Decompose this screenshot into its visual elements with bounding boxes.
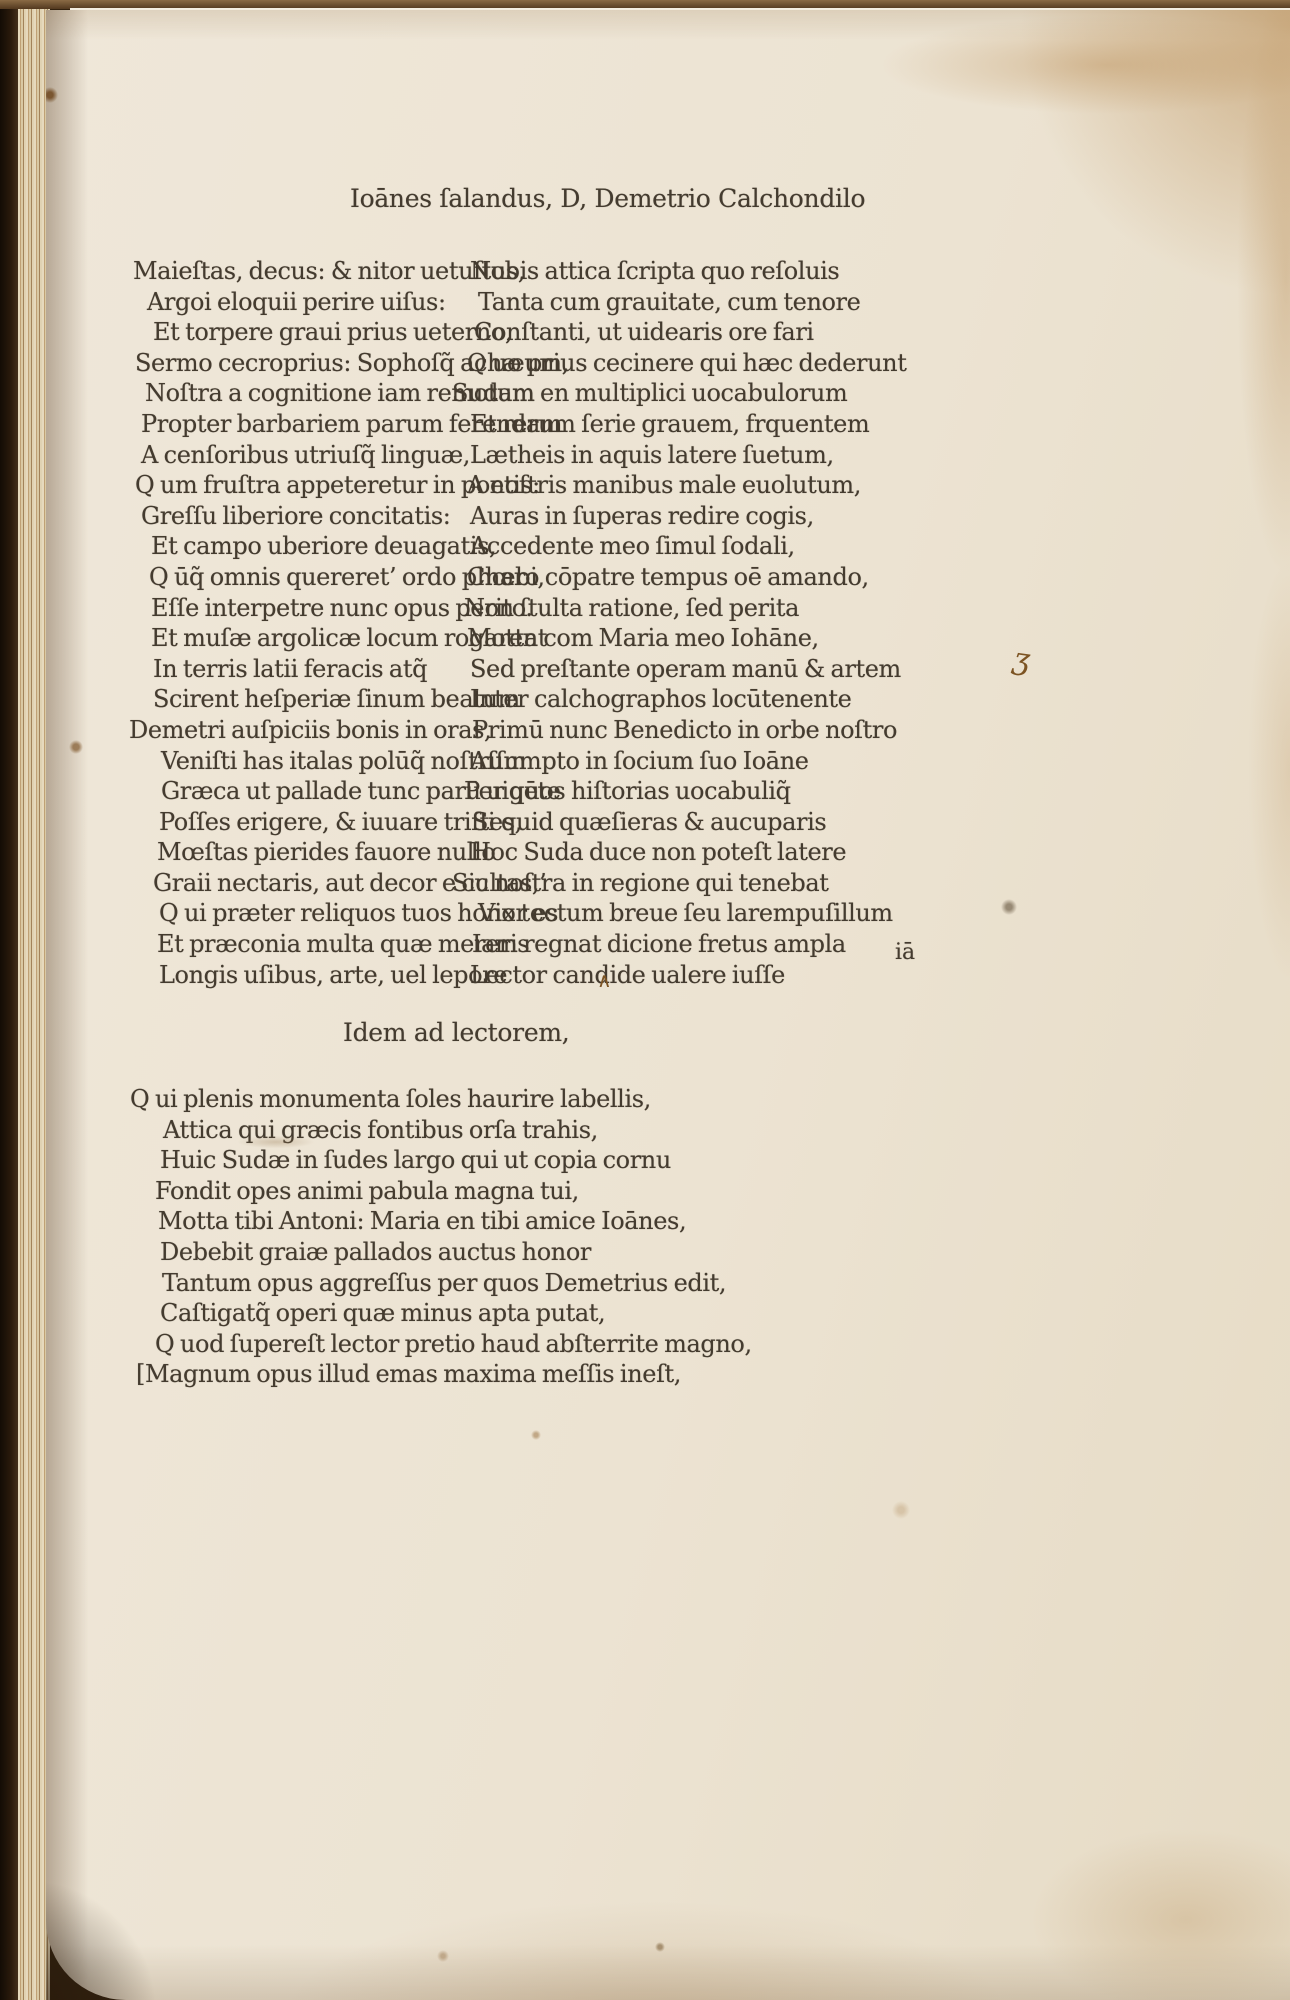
second-poem-title: Idem ad lectorem, (343, 1018, 569, 1047)
verse-line: Si quid quæſieras & aucuparis (472, 807, 906, 838)
verse-line: Sic noſtra in regione qui tenebat (452, 868, 906, 899)
dedication-title: Ioānes ſalandus, D, Demetrio Calchondilo (350, 184, 865, 213)
verse-line: Lector candide ualere iuſſe (470, 960, 906, 991)
verse-line: Hoc Suda duce non poteſt latere (470, 837, 906, 868)
verse-line: Non ſtulta ratione, ſed perita (464, 593, 906, 624)
verse-line: Conſtanti, ut uidearis ore fari (474, 317, 906, 348)
verse-line: Charo cōpatre tempus oē amando, (467, 562, 906, 593)
verse-line: Motta com Maria meo Iohāne, (467, 623, 906, 654)
verse-line: Iam regnat dicione fretus ampla (472, 929, 906, 960)
verse-line: Inter calchographos locūtenente (470, 684, 906, 715)
verse-line: Huic Sudæ in ſudes largo qui ut copia co… (160, 1145, 752, 1176)
inline-annotation-mark: iā (895, 940, 915, 965)
margin-ink-mark: ʒ (1011, 641, 1033, 678)
verse-line: Motta tibi Antoni: Maria en tibi amice I… (158, 1206, 752, 1237)
bottom-left-corner-shadow (46, 1850, 206, 2000)
verse-line: Nobis attica ſcripta quo reſoluis (470, 256, 906, 287)
verse-line: Aſſumpto in ſocium ſuo Ioāne (470, 746, 906, 777)
book-spine (0, 0, 20, 2000)
verse-line: Caſtigatq̃ operi quæ minus apta putat, (160, 1298, 752, 1329)
verse-line: Auras in ſuperas redire cogis, (470, 501, 906, 532)
caret-mark: ∧ (597, 968, 612, 992)
verse-line: Primū nunc Benedicto in orbe noſtro (472, 715, 906, 746)
verse-line: Vix tectum breue ſeu larempuſillum (478, 898, 906, 929)
verse-line: Tanta cum grauitate, cum tenore (478, 287, 906, 318)
verse-line: Q uo prius cecinere qui hæc dederunt (467, 348, 906, 379)
verse-line: Et rerum ſerie grauem, frquentem (470, 409, 906, 440)
verse-line: Accedente meo ſimul ſodali, (470, 531, 906, 562)
book-page: Ioānes ſalandus, D, Demetrio Calchondilo… (46, 10, 1290, 2000)
verse-line: Lætheis in aquis latere ſuetum, (470, 440, 906, 471)
verse-line: Tantum opus aggreſſus per quos Demetrius… (162, 1268, 752, 1299)
poem1-right-column: Nobis attica ſcripta quo reſoluis Tanta … (452, 256, 906, 990)
verse-line: [Magnum opus illud emas maxima meſſis in… (136, 1359, 752, 1390)
verse-line: Sudam en multiplici uocabulorum (452, 378, 906, 409)
verse-line: Q uod ſupereſt lector pretio haud abſter… (155, 1329, 752, 1360)
verse-line: Attica qui græcis fontibus orſa trahis, (163, 1115, 752, 1146)
verse-line: A noſtris manibus male euolutum, (467, 470, 906, 501)
verse-line: Q ui plenis monumenta ſoles haurire labe… (130, 1084, 752, 1115)
poem2-column: Q ui plenis monumenta ſoles haurire labe… (130, 1084, 752, 1390)
verse-line: Fondit opes animi pabula magna tui, (155, 1176, 752, 1207)
verse-line: Sed preſtante operam manū & artem (470, 654, 906, 685)
verse-line: Debebit graiæ pallados auctus honor (160, 1237, 752, 1268)
verse-line: Per quos hiſtorias uocabuliq̃ (464, 776, 906, 807)
